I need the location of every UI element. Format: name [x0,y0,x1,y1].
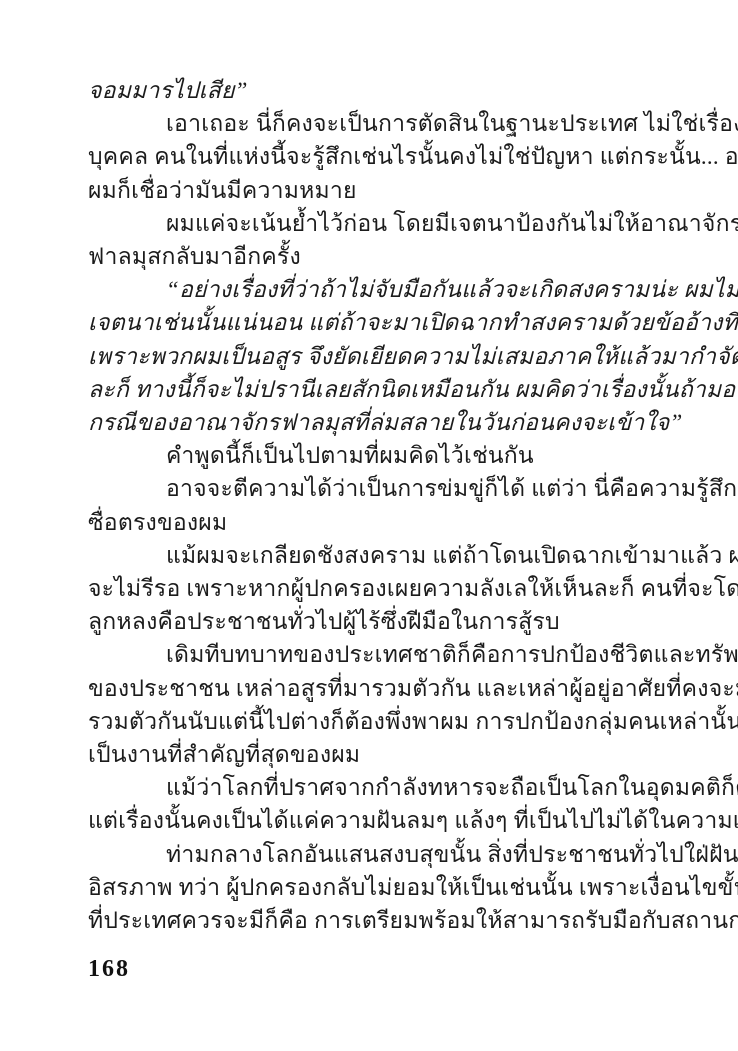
text-line: เดิมทีบทบาทของประเทศชาติก็คือการปกป้องชี… [88,638,656,671]
text-line: แม้ผมจะเกลียดชังสงคราม แต่ถ้าโดนเปิดฉากเ… [88,539,656,572]
text-line: อาจจะตีความได้ว่าเป็นการข่มขู่ก็ได้ แต่ว… [88,472,656,505]
text-line: ละก็ ทางนี้ก็จะไม่ปรานีเลยสักนิดเหมือนกั… [88,373,656,406]
text-line: เป็นงานที่สำคัญที่สุดของผม [88,738,656,771]
page-text: จอมมารไปเสีย”เอาเถอะ นี่ก็คงจะเป็นการตัด… [88,74,656,937]
text-line: ที่ประเทศควรจะมีก็คือ การเตรียมพร้อมให้ส… [88,904,656,937]
book-page: จอมมารไปเสีย”เอาเถอะ นี่ก็คงจะเป็นการตัด… [0,0,738,1051]
text-line: รวมตัวกันนับแต่นี้ไปต่างก็ต้องพึ่งพาผม ก… [88,705,656,738]
text-line: ของประชาชน เหล่าอสูรที่มารวมตัวกัน และเห… [88,672,656,705]
text-line: เจตนาเช่นนั้นแน่นอน แต่ถ้าจะมาเปิดฉากทำส… [88,306,656,339]
text-line: บุคคล คนในที่แห่งนี้จะรู้สึกเช่นไรนั้นคง… [88,140,656,173]
text-line: กรณีของอาณาจักรฟาลมุสที่ล่มสลายในวันก่อน… [88,406,656,439]
text-line: ผมก็เชื่อว่ามันมีความหมาย [88,174,656,207]
text-line: อิสรภาพ ทว่า ผู้ปกครองกลับไม่ยอมให้เป็นเ… [88,871,656,904]
text-line: เอาเถอะ นี่ก็คงจะเป็นการตัดสินในฐานะประเ… [88,107,656,140]
text-line: เพราะพวกผมเป็นอสูร จึงยัดเยียดความไม่เสม… [88,340,656,373]
text-line: คำพูดนี้ก็เป็นไปตามที่ผมคิดไว้เช่นกัน [88,439,656,472]
text-line: แต่เรื่องนั้นคงเป็นได้แค่ความฝันลมๆ แล้ง… [88,804,656,837]
text-line: จะไม่รีรอ เพราะหากผู้ปกครองเผยความลังเลใ… [88,572,656,605]
text-line: ลูกหลงคือประชาชนทั่วไปผู้ไร้ซึ่งฝีมือในก… [88,605,656,638]
text-line: ผมแค่จะเน้นย้ำไว้ก่อน โดยมีเจตนาป้องกันไ… [88,207,656,240]
text-line: “อย่างเรื่องที่ว่าถ้าไม่จับมือกันแล้วจะเ… [88,273,656,306]
text-line: แม้ว่าโลกที่ปราศจากกำลังทหารจะถือเป็นโลก… [88,771,656,804]
text-line: ซื่อตรงของผม [88,506,656,539]
page-number: 168 [88,956,130,983]
text-line: ท่ามกลางโลกอันแสนสงบสุขนั้น สิ่งที่ประชา… [88,838,656,871]
text-line: ฟาลมุสกลับมาอีกครั้ง [88,240,656,273]
text-line: จอมมารไปเสีย” [88,74,656,107]
